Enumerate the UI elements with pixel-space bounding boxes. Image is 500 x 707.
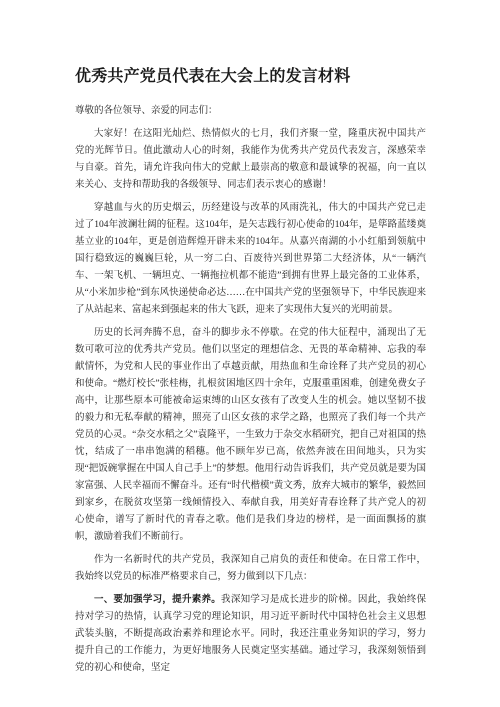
- paragraph-self-commitment: 作为一名新时代的共产党员，我深知自己肩负的责任和使命。在日常工作中，我始终以党员…: [75, 552, 426, 586]
- salutation-line: 尊敬的各位领导、亲爱的同志们：: [75, 103, 426, 120]
- paragraph-point-one: 一、要加强学习，提升素养。我深知学习是成长进步的阶梯。因此，我始终保持对学习的热…: [75, 592, 426, 677]
- document-title: 优秀共产党员代表在大会上的发言材料: [75, 66, 426, 88]
- paragraph-point-one-body: 我深知学习是成长进步的阶梯。因此，我始终保持对学习的热情，认真学习党的理论知识，…: [75, 595, 426, 673]
- paragraph-role-models: 历史的长河奔腾不息，奋斗的脚步永不停歇。在党的伟大征程中，涌现出了无数可歌可泣的…: [75, 325, 426, 546]
- document-page: 优秀共产党员代表在大会上的发言材料 尊敬的各位领导、亲爱的同志们： 大家好！在这…: [0, 0, 500, 707]
- paragraph-party-history: 穿越血与火的历史烟云，历经建设与改革的风雨洗礼，伟大的中国共产党已走过了104年…: [75, 200, 426, 319]
- paragraph-greeting: 大家好！在这阳光灿烂、热情似火的七月，我们齐聚一堂，隆重庆祝中国共产党的光辉节日…: [75, 126, 426, 194]
- paragraph-point-one-bold-lead: 一、要加强学习，提升素养。: [94, 595, 221, 605]
